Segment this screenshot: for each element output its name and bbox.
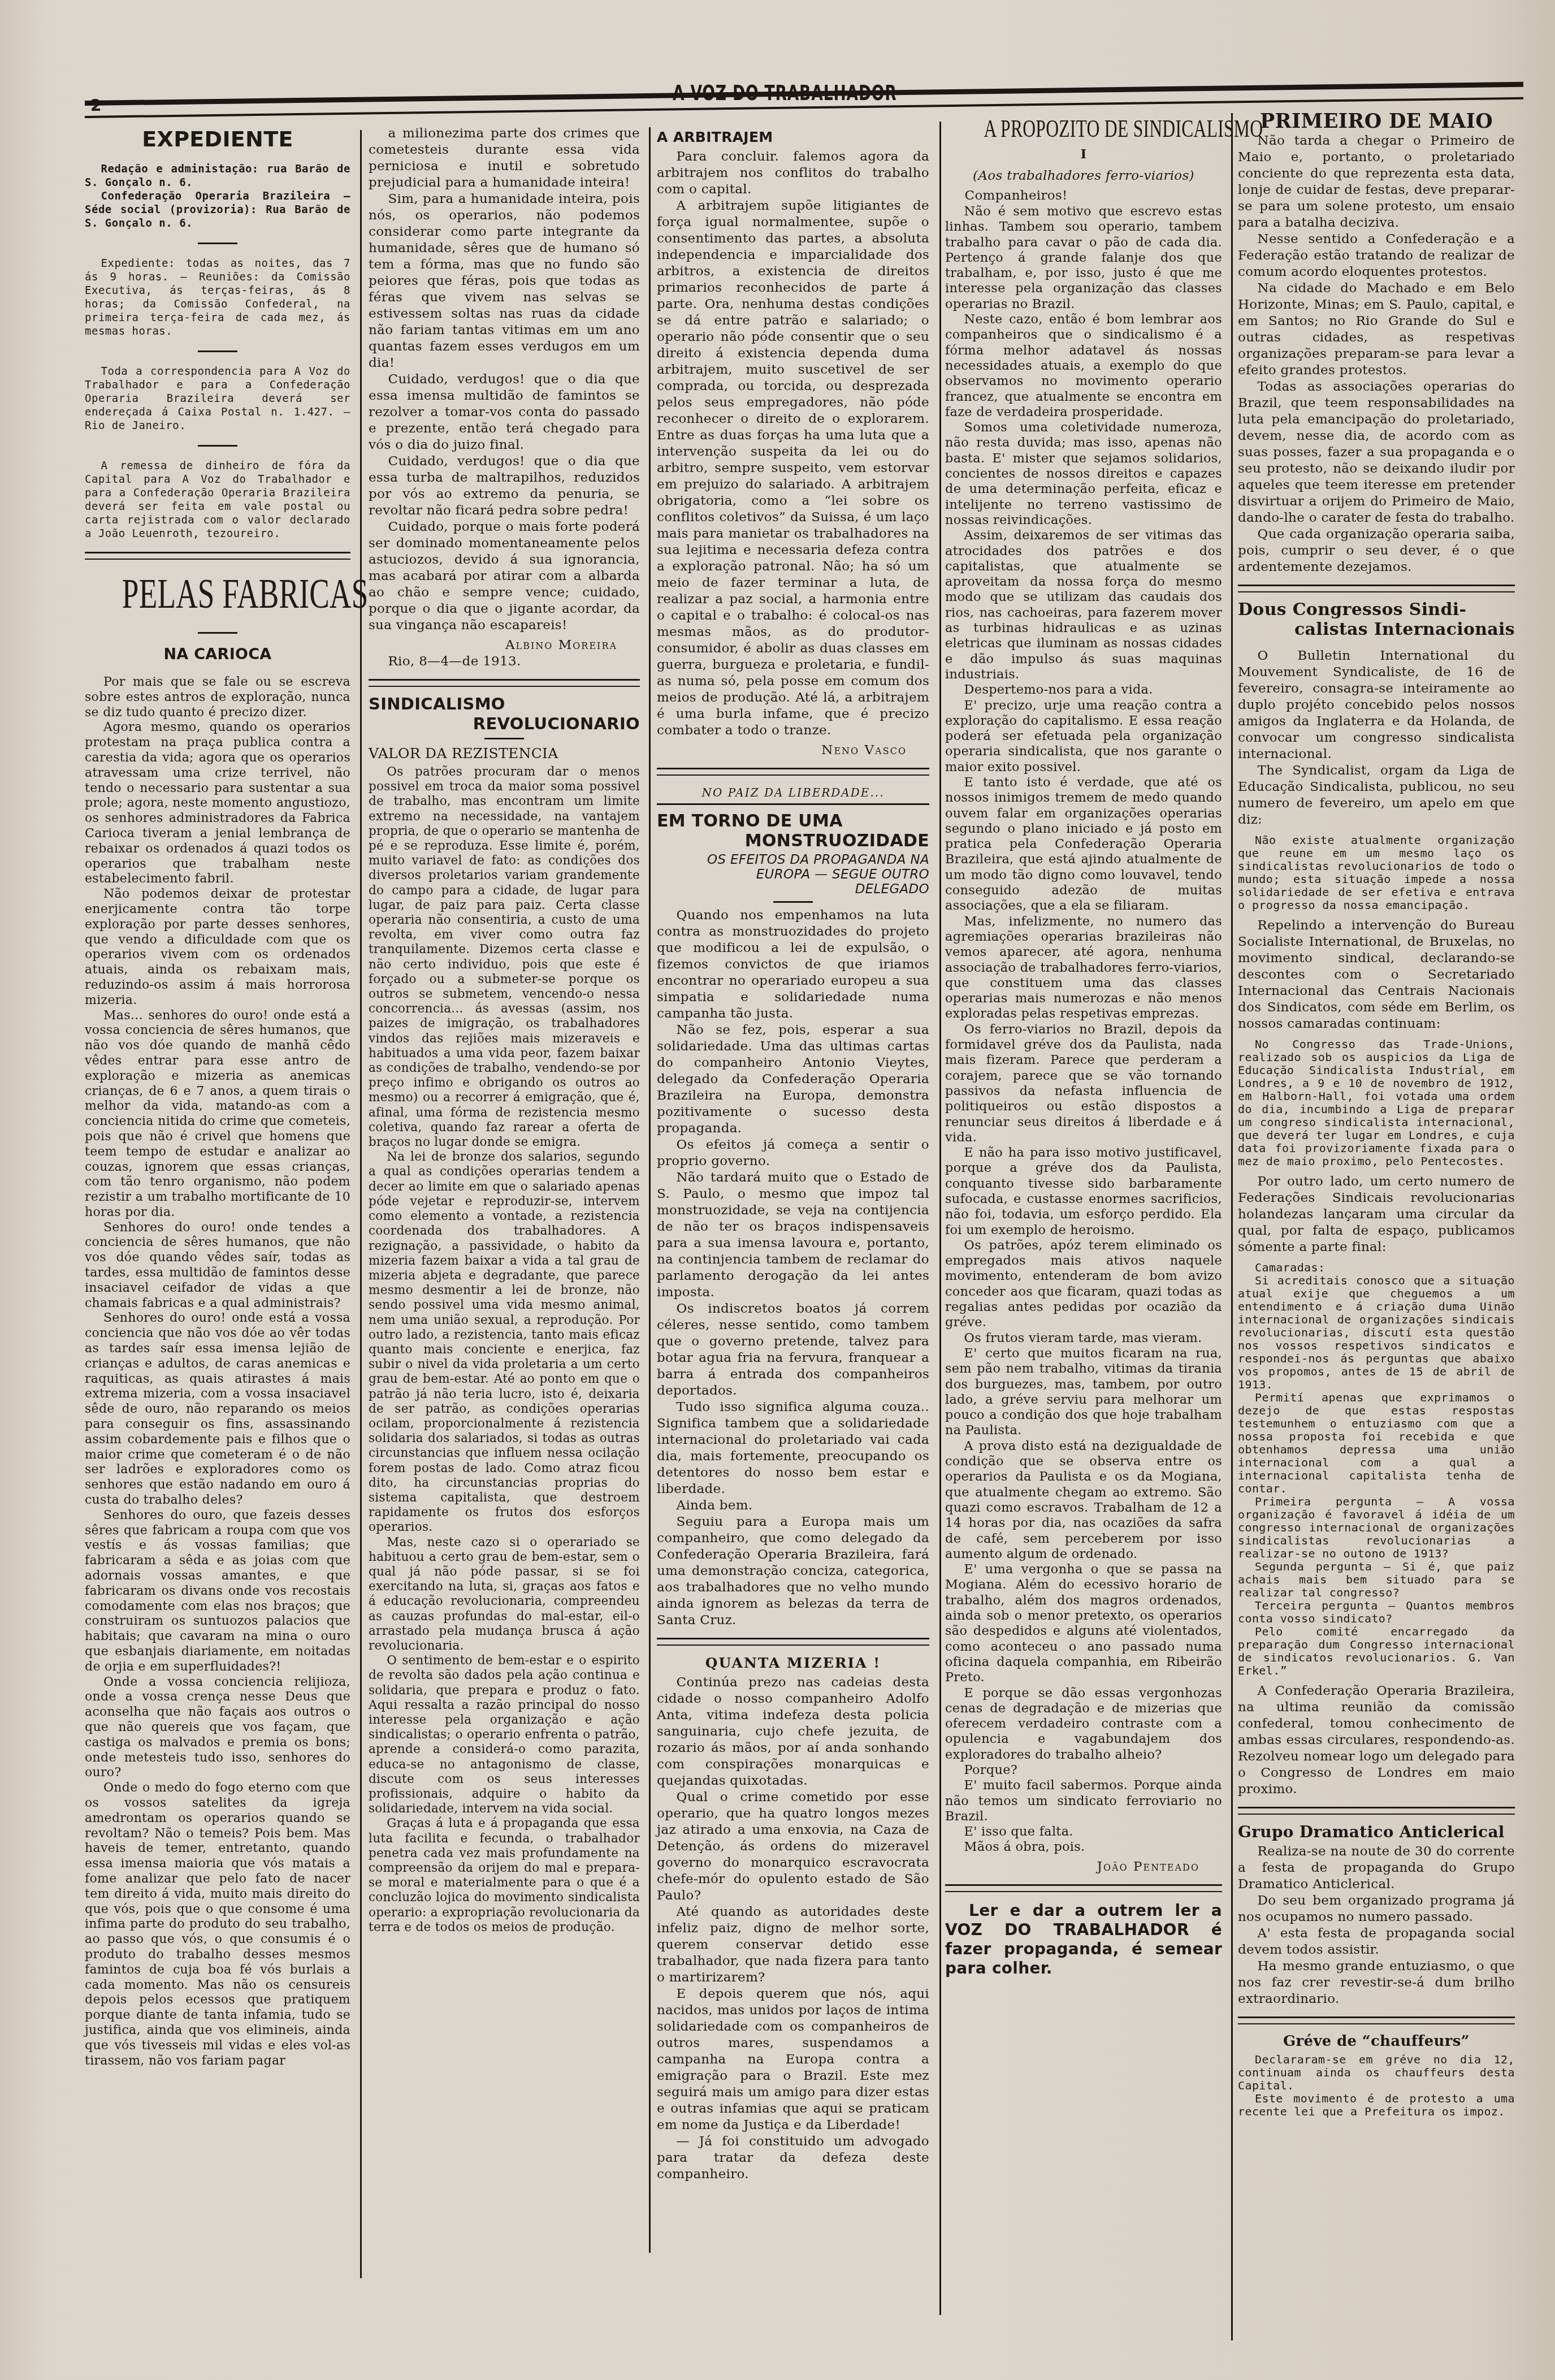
article-paragraph: E' certo que muitos ficaram na rua, sem … bbox=[945, 1346, 1222, 1439]
article-subheading: NA CARIOCA bbox=[85, 646, 350, 663]
article-paragraph: Os patrões procuram dar o menos possivel… bbox=[369, 765, 640, 1150]
article-body: Não tarda a chegar o Primeiro de Maio e,… bbox=[1238, 133, 1515, 575]
article-paragraph: Os efeitos já começa a sentir o proprio … bbox=[657, 1137, 929, 1170]
section-kicker: NO PAIZ DA LIBERDADE... bbox=[657, 785, 929, 805]
article-body: Quando nos empenhamos na luta contra as … bbox=[657, 907, 929, 1629]
article-paragraph: Repelindo a intervenção do Bureau Social… bbox=[1238, 918, 1515, 1032]
article-headline: Dous Congressos Sindi- bbox=[1238, 602, 1515, 618]
article-paragraph: E' muito facil sabermos. Porque ainda nã… bbox=[945, 1778, 1222, 1824]
article-paragraph: Senhores do ouro! onde tendes a concienc… bbox=[85, 1221, 350, 1312]
column-divider bbox=[360, 130, 362, 2278]
article-paragraph: Não tarda a chegar o Primeiro de Maio e,… bbox=[1238, 133, 1515, 231]
quoted-circular: Camaradas:Si acreditais conosco que a si… bbox=[1238, 1261, 1515, 1677]
author-signature: Albino Moreira bbox=[369, 637, 640, 654]
article-paragraph: Este movimento é de protesto a uma recen… bbox=[1238, 2092, 1515, 2118]
separator bbox=[198, 350, 237, 352]
article-paragraph: Mas, infelizmente, no numero das agremia… bbox=[945, 914, 1222, 1022]
article-paragraph: Até quando as autoridades deste infeliz … bbox=[657, 1904, 929, 1986]
section-divider bbox=[657, 1638, 929, 1646]
article-pelas-fabricas-continued: a milionezima parte dos crimes que comet… bbox=[369, 126, 640, 670]
article-body: Declararam-se em gréve no dia 12, contin… bbox=[1238, 2053, 1515, 2118]
article-paragraph: Permití apenas que exprimamos o dezejo d… bbox=[1238, 1391, 1515, 1495]
column-3: A ARBITRAJEM Para concluir. falemos agor… bbox=[657, 126, 929, 2183]
remittance-notice: A remessa de dinheiro de fóra da Capital… bbox=[85, 459, 350, 540]
article-body: Continúa prezo nas cadeias desta cidade … bbox=[657, 1674, 929, 2183]
expediente-text: Redação e administação: rua Barão de S. … bbox=[85, 162, 350, 540]
article-headline: QUANTA MIZERIA ! bbox=[657, 1655, 929, 1671]
article-paragraph: Porque? bbox=[945, 1763, 1222, 1778]
column-4: A PROPOZITO DE SINDICALISMO I (Aos traba… bbox=[945, 113, 1222, 1978]
article-paragraph: Somos uma coletividade numeroza, não res… bbox=[945, 420, 1222, 528]
section-divider bbox=[369, 679, 640, 687]
dateline: Rio, 8—4—de 1913. bbox=[369, 654, 640, 670]
article-paragraph: Primeira pergunta — A vossa organização … bbox=[1238, 1495, 1515, 1560]
article-paragraph: Mãos á obra, pois. bbox=[945, 1840, 1222, 1855]
promo-text: Ler e dar a outrem ler a VOZ DO TRABALHA… bbox=[945, 1901, 1222, 1978]
article-paragraph: Senhores do ouro! onde está a vossa conc… bbox=[85, 1311, 350, 1508]
article-sindicalismo: SINDICALISMO REVOLUCIONARIO VALOR DA REZ… bbox=[369, 696, 640, 1935]
article-paragraph: Seguiu para a Europa mais um companheiro… bbox=[657, 1514, 929, 1629]
article-paragraph: Do seu bem organizado programa já nos oc… bbox=[1238, 1893, 1515, 1925]
article-paragraph: Cuidado, porque o mais forte poderá ser … bbox=[369, 519, 640, 634]
article-dedication: (Aos trabalhadores ferro-viarios) bbox=[945, 168, 1222, 184]
article-paragraph: Pelo comité encarregado da preparação du… bbox=[1238, 1625, 1515, 1677]
salutation: Companheiros! bbox=[945, 188, 1222, 204]
article-paragraph: Agora mesmo, quando os operarios protest… bbox=[85, 720, 350, 887]
article-headline: Grupo Dramatico Anticlerical bbox=[1238, 1824, 1515, 1840]
article-paragraph: Na cidade do Machado e em Belo Horizonte… bbox=[1238, 280, 1515, 379]
article-paragraph: Despertemo-nos para a vida. bbox=[945, 682, 1222, 698]
article-paragraph: Segunda pergunta — Si é, que paiz achais… bbox=[1238, 1560, 1515, 1599]
article-body: Não é sem motivo que escrevo estas linha… bbox=[945, 204, 1222, 1855]
article-paragraph: E' uma vergonha o que se passa na Mogian… bbox=[945, 1562, 1222, 1685]
expediente-heading: EXPEDIENTE bbox=[85, 131, 350, 148]
article-paragraph: — Já foi constituido um advogado para tr… bbox=[657, 2134, 929, 2183]
article-paragraph: Não se fez, pois, esperar a sua solidari… bbox=[657, 1022, 929, 1137]
address-line: Redação e administação: rua Barão de S. … bbox=[85, 162, 350, 189]
column-1: EXPEDIENTE Redação e administação: rua B… bbox=[85, 130, 350, 2069]
column-divider bbox=[1231, 113, 1233, 2340]
article-paragraph: A arbitrajem supõe litigiantes de força … bbox=[657, 198, 929, 739]
article-primeiro-de-maio: PRIMEIRO DE MAIO Não tarda a chegar o Pr… bbox=[1238, 113, 1515, 575]
article-paragraph: E depois querem que nós, aqui nacidos, m… bbox=[657, 1986, 929, 2134]
section-divider bbox=[657, 768, 929, 776]
section-divider bbox=[1238, 1807, 1515, 1815]
article-paragraph: Os indiscretos boatos já correm céleres,… bbox=[657, 1301, 929, 1399]
article-headline-line-2: REVOLUCIONARIO bbox=[369, 716, 640, 732]
quote-text: No Congresso das Trade-Unions, realizado… bbox=[1238, 1038, 1515, 1168]
article-body: a milionezima parte dos crimes que comet… bbox=[369, 126, 640, 634]
article-paragraph: Mas, neste cazo si o operariado se habit… bbox=[369, 1535, 640, 1654]
article-body: Para concluir. falemos agora da arbitraj… bbox=[657, 149, 929, 739]
article-paragraph: Assim, deixaremos de ser vitimas das atr… bbox=[945, 528, 1222, 682]
article-paragraph: Realiza-se na noute de 30 do corrente a … bbox=[1238, 1844, 1515, 1893]
separator bbox=[198, 243, 237, 244]
article-body: Os patrões procuram dar o menos possivel… bbox=[369, 765, 640, 1935]
author-signature: Neno Vasco bbox=[657, 742, 929, 759]
separator bbox=[198, 632, 237, 634]
article-body: Realiza-se na noute de 30 do corrente a … bbox=[1238, 1844, 1515, 2007]
quoted-resolution: No Congresso das Trade-Unions, realizado… bbox=[1238, 1038, 1515, 1168]
article-paragraph: Nesse sentido a Confederação e a Federaç… bbox=[1238, 231, 1515, 280]
article-paragraph: Cuidado, verdugos! que o dia que essa tu… bbox=[369, 453, 640, 519]
article-headline: SINDICALISMO bbox=[369, 696, 640, 712]
article-paragraph: A prova disto está na dezigualdade de co… bbox=[945, 1439, 1222, 1562]
correspondence-notice: Toda a correspondencia para A Voz do Tra… bbox=[85, 365, 350, 432]
article-part-number: I bbox=[945, 146, 1222, 162]
article-paragraph: Cuidado, verdugos! que o dia que essa im… bbox=[369, 371, 640, 453]
article-paragraph: E tanto isto é verdade, que até os nosso… bbox=[945, 775, 1222, 914]
article-headline: PRIMEIRO DE MAIO bbox=[1238, 113, 1515, 129]
article-paragraph: Quando nos empenhamos na luta contra as … bbox=[657, 907, 929, 1022]
article-paragraph: Continúa prezo nas cadeias desta cidade … bbox=[657, 1674, 929, 1789]
article-paragraph: Não tardará muito que o Estado de S. Pau… bbox=[657, 1170, 929, 1301]
section-divider bbox=[85, 552, 350, 560]
article-headline: PELAS FABRICAS bbox=[122, 569, 313, 620]
article-paragraph: Os patrões, apóz terem eliminado os empr… bbox=[945, 1238, 1222, 1331]
article-paragraph: Qual o crime cometido por esse operario,… bbox=[657, 1789, 929, 1904]
article-paragraph: Ainda bem. bbox=[657, 1498, 929, 1514]
article-body: Por mais que se fale ou se escreva sobre… bbox=[85, 675, 350, 2069]
expediente-box: EXPEDIENTE Redação e administação: rua B… bbox=[85, 131, 350, 540]
article-subheading: VALOR DA REZISTENCIA bbox=[369, 745, 640, 761]
article-paragraph: E' isso que falta. bbox=[945, 1824, 1222, 1840]
article-paragraph: Camaradas: bbox=[1238, 1261, 1515, 1274]
separator bbox=[198, 445, 237, 447]
article-congressos: Dous Congressos Sindi- calistas Internac… bbox=[1238, 602, 1515, 1798]
article-paragraph: O Bulletin International du Mouvement Sy… bbox=[1238, 648, 1515, 763]
column-5: PRIMEIRO DE MAIO Não tarda a chegar o Pr… bbox=[1238, 113, 1515, 2118]
article-grupo-dramatico: Grupo Dramatico Anticlerical Realiza-se … bbox=[1238, 1824, 1515, 2007]
office-hours: Expediente: todas as noites, das 7 ás 9 … bbox=[85, 257, 350, 338]
confederation-address: Confederação Operaria Brazileira — Séde … bbox=[85, 189, 350, 230]
promo-box: Ler e dar a outrem ler a VOZ DO TRABALHA… bbox=[945, 1901, 1222, 1978]
article-no-paiz: NO PAIZ DA LIBERDADE... EM TORNO DE UMA … bbox=[657, 785, 929, 1629]
article-pelas-fabricas: PELAS FABRICAS NA CARIOCA Por mais que s… bbox=[85, 569, 350, 2069]
article-paragraph: Na lei de bronze dos salarios, segundo a… bbox=[369, 1150, 640, 1535]
article-propozito-sindicalismo: A PROPOZITO DE SINDICALISMO I (Aos traba… bbox=[945, 113, 1222, 1875]
quote-text: Não existe atualmente organização que re… bbox=[1238, 834, 1515, 912]
article-paragraph: Os frutos vieram tarde, mas vieram. bbox=[945, 1331, 1222, 1346]
article-greve-chauffeurs: Gréve de “chauffeurs” Declararam-se em g… bbox=[1238, 2033, 1515, 2118]
article-paragraph: A Confederação Operaria Brazileira, na u… bbox=[1238, 1683, 1515, 1798]
article-headline: A ARBITRAJEM bbox=[657, 129, 929, 145]
article-paragraph: Neste cazo, então é bom lembrar aos comp… bbox=[945, 312, 1222, 420]
article-paragraph: E porque se dão essas vergonhozas cenas … bbox=[945, 1686, 1222, 1763]
article-paragraph: Ha mesmo grande entuziasmo, o que nos fa… bbox=[1238, 1958, 1515, 2007]
article-paragraph: Mas... senhores do ouro! onde está a vos… bbox=[85, 1009, 350, 1221]
article-paragraph: Onde a vossa conciencia relijioza, onde … bbox=[85, 1675, 350, 1781]
article-paragraph: Sim, para a humanidade inteira, pois nós… bbox=[369, 191, 640, 371]
article-paragraph: Declararam-se em gréve no dia 12, contin… bbox=[1238, 2053, 1515, 2092]
section-divider bbox=[1238, 2016, 1515, 2024]
article-paragraph: E' precizo, urje uma reação contra a exp… bbox=[945, 698, 1222, 775]
column-2: a milionezima parte dos crimes que comet… bbox=[369, 126, 640, 1935]
article-paragraph: Para concluir. falemos agora da arbitraj… bbox=[657, 149, 929, 198]
article-headline-line-2: calistas Internacionais bbox=[1238, 621, 1515, 638]
article-paragraph: Senhores do ouro, que fazeis desses sêre… bbox=[85, 1508, 350, 1675]
article-body: O Bulletin International du Mouvement Sy… bbox=[1238, 648, 1515, 828]
article-paragraph: Não é sem motivo que escrevo estas linha… bbox=[945, 204, 1222, 312]
article-paragraph: Que cada organização operaria saiba, poi… bbox=[1238, 526, 1515, 575]
column-divider bbox=[649, 127, 651, 2253]
separator bbox=[773, 901, 813, 903]
article-paragraph: Todas as associações operarias do Brazil… bbox=[1238, 379, 1515, 526]
author-signature: João Penteado bbox=[945, 1859, 1222, 1875]
article-headline: EM TORNO DE UMA bbox=[657, 813, 929, 829]
article-headline: Gréve de “chauffeurs” bbox=[1238, 2033, 1515, 2050]
article-paragraph: O sentimento de bem-estar e o espirito d… bbox=[369, 1654, 640, 1816]
section-divider bbox=[1238, 585, 1515, 592]
quoted-appeal: Não existe atualmente organização que re… bbox=[1238, 834, 1515, 912]
article-paragraph: Por outro lado, um certo numero de Feder… bbox=[1238, 1174, 1515, 1256]
article-paragraph: Tudo isso significa alguma couza.. Signi… bbox=[657, 1399, 929, 1498]
article-quanta-mizeria: QUANTA MIZERIA ! Continúa prezo nas cade… bbox=[657, 1655, 929, 2183]
separator bbox=[484, 738, 524, 739]
article-deck: OS EFEITOS DA PROPAGANDA NA EUROPA — SEG… bbox=[657, 853, 929, 897]
column-divider bbox=[939, 122, 941, 2315]
article-headline-line-2: MONSTRUOZIDADE bbox=[657, 833, 929, 849]
article-paragraph: Terceira pergunta — Quantos membros cont… bbox=[1238, 1599, 1515, 1625]
article-paragraph: The Syndicalist, orgam da Liga de Educaç… bbox=[1238, 763, 1515, 828]
article-paragraph: Graças á luta e á propaganda que essa lu… bbox=[369, 1816, 640, 1935]
article-paragraph: Por mais que se fale ou se escreva sobre… bbox=[85, 675, 350, 720]
article-paragraph: Onde o medo do fogo eterno com que os vo… bbox=[85, 1781, 350, 2069]
section-divider bbox=[945, 1884, 1222, 1892]
article-paragraph: Si acreditais conosco que a situação atu… bbox=[1238, 1274, 1515, 1391]
article-paragraph: E não ha para isso motivo justificavel, … bbox=[945, 1145, 1222, 1238]
article-paragraph: Não podemos deixar de protestar enerjica… bbox=[85, 887, 350, 1008]
article-arbitrajem: A ARBITRAJEM Para concluir. falemos agor… bbox=[657, 129, 929, 759]
article-paragraph: a milionezima parte dos crimes que comet… bbox=[369, 126, 640, 191]
article-headline: A PROPOZITO DE SINDICALISMO bbox=[984, 113, 1184, 145]
article-paragraph: A' esta festa de propaganda social devem… bbox=[1238, 1925, 1515, 1958]
article-paragraph: Os ferro-viarios no Brazil, depois da fo… bbox=[945, 1022, 1222, 1145]
